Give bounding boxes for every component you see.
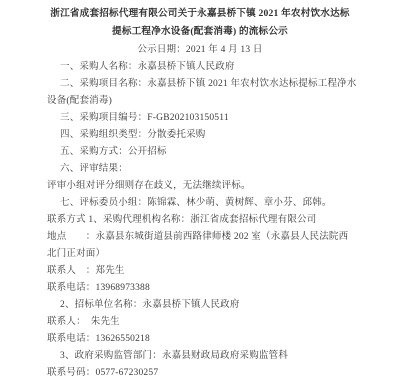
regulator-department-line: 3、政府采购监管部门：永嘉县财政局政府采购监管科 [60,348,400,365]
purchaser-name-line: 一、采购人名称：永嘉县桥下镇人民政府 [60,59,400,76]
tender-unit-name-line: 2、招标单位名称：永嘉县桥下镇人民政府 [60,297,400,314]
regulator-phone-line: 联系号码：0577-67230257 [47,365,400,382]
procurement-org-type-line: 四、采购组织类型：分散委托采购 [60,127,400,144]
project-name-wrap-line: 设备(配套消毒) [47,93,400,110]
agency-phone-line: 联系电话：13968973388 [47,280,400,297]
project-name-line: 二、采购项目名称：永嘉县桥下镇 2021 年农村饮水达标提标工程净水 [60,76,400,93]
procurement-method-line: 五、采购方式：公开招标 [60,144,400,161]
agency-address-wrap-line: 北门正对面） [47,246,400,263]
agency-name-line: 联系方式 1、采购代理机构名称：浙江省成套招标代理有限公司 [47,212,400,229]
review-committee-line: 七、评标委员小组：陈锦霖、林少萌、黄树辉、章小芬、邱韩。 [60,195,400,212]
review-result-note-line: 评审小组对评分细则存在歧义，无法继续评标。 [47,178,400,195]
document-title-line-2: 提标工程净水设备(配套消毒) 的流标公示 [0,23,400,41]
document-body: 一、采购人名称：永嘉县桥下镇人民政府 二、采购项目名称：永嘉县桥下镇 2021 … [0,59,400,382]
project-number-line: 三、采购项目编号：F-GB202103150511 [60,110,400,127]
review-result-heading-line: 六、评审结果： [60,161,400,178]
publish-date-line: 公示日期：2021 年 4 月 13 日 [0,41,400,59]
tender-contact-person-line: 联系人： 朱先生 [47,314,400,331]
agency-contact-person-line: 联系人 ：郑先生 [47,263,400,280]
agency-address-line: 地点 ：永嘉县东城街道县前西路律师楼 202 室（永嘉县人民法院西 [47,229,400,246]
tender-phone-line: 联系电话：13626550218 [47,331,400,348]
document-header: 浙江省成套招标代理有限公司关于永嘉县桥下镇 2021 年农村饮水达标 提标工程净… [0,0,400,59]
document-title-line-1: 浙江省成套招标代理有限公司关于永嘉县桥下镇 2021 年农村饮水达标 [0,5,400,23]
notice-document-page: 浙江省成套招标代理有限公司关于永嘉县桥下镇 2021 年农村饮水达标 提标工程净… [0,0,400,382]
